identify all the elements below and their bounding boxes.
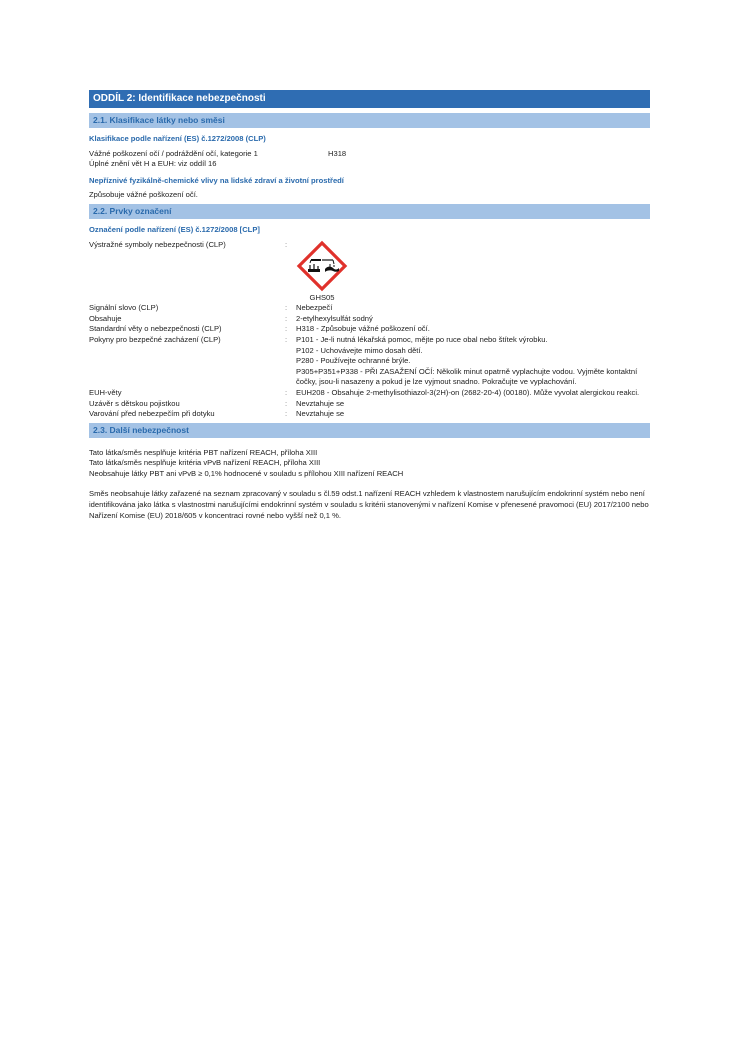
- labelling-label: Označení podle nařízení (ES) č.1272/2008…: [89, 225, 650, 236]
- label-row-key: Uzávěr s dětskou pojistkou: [89, 399, 285, 410]
- sds-section-2: ODDÍL 2: Identifikace nebezpečnosti 2.1.…: [89, 90, 650, 521]
- separator: :: [285, 399, 296, 410]
- label-row-key: Obsahuje: [89, 314, 285, 325]
- label-row-value: 2-etylhexylsulfát sodný: [296, 314, 650, 325]
- subsection-2-1-title: 2.1. Klasifikace látky nebo směsi: [89, 113, 650, 128]
- label-row-value: Nebezpečí: [296, 303, 650, 314]
- label-row: Uzávěr s dětskou pojistkou:Nevztahuje se: [89, 399, 650, 410]
- label-row-key: Pokyny pro bezpečné zacházení (CLP): [89, 335, 285, 346]
- label-row-key: Standardní věty o nebezpečnosti (CLP): [89, 324, 285, 335]
- label-row-value: Nevztahuje se: [296, 409, 650, 420]
- other-hazard-line: Tato látka/směs nesplňuje kritéria vPvB …: [89, 458, 650, 469]
- label-row-value: EUH208 - Obsahuje 2-methylisothiazol-3(2…: [296, 388, 650, 399]
- separator: [285, 367, 296, 388]
- full-text-note: Úplné znění vět H a EUH: viz oddíl 16: [89, 159, 650, 170]
- pictogram-row: Výstražné symboly nebezpečnosti (CLP) : …: [89, 240, 650, 304]
- label-row-key: [89, 356, 285, 367]
- classification-code: H318: [328, 149, 346, 160]
- label-row: Varování před nebezpečím při dotyku:Nevz…: [89, 409, 650, 420]
- clp-classification-label: Klasifikace podle nařízení (ES) č.1272/2…: [89, 134, 650, 145]
- separator: :: [285, 388, 296, 399]
- label-row-value: Nevztahuje se: [296, 399, 650, 410]
- subsection-2-2-title: 2.2. Prvky označení: [89, 204, 650, 219]
- label-row-value: P280 - Používejte ochranné brýle.: [296, 356, 650, 367]
- label-row-value: P305+P351+P338 - PŘI ZASAŽENÍ OČÍ: Někol…: [296, 367, 650, 388]
- separator: [285, 346, 296, 357]
- separator: :: [285, 314, 296, 325]
- separator: :: [285, 324, 296, 335]
- label-row: P305+P351+P338 - PŘI ZASAŽENÍ OČÍ: Někol…: [89, 367, 650, 388]
- pictogram-code: GHS05: [310, 293, 335, 304]
- label-row-value: P102 - Uchovávejte mimo dosah dětí.: [296, 346, 650, 357]
- separator: :: [285, 303, 296, 314]
- label-row-value: P101 - Je-li nutná lékařská pomoc, mějte…: [296, 335, 650, 346]
- section-title: ODDÍL 2: Identifikace nebezpečnosti: [89, 90, 650, 108]
- endocrine-paragraph: Směs neobsahuje látky zařazené na seznam…: [89, 489, 650, 521]
- other-hazard-line: Neobsahuje látky PBT ani vPvB ≥ 0,1% hod…: [89, 469, 650, 480]
- effects-text: Způsobuje vážné poškození očí.: [89, 190, 650, 201]
- label-row: P280 - Používejte ochranné brýle.: [89, 356, 650, 367]
- label-elements-list: Signální slovo (CLP):NebezpečíObsahuje:2…: [89, 303, 650, 420]
- label-row: Obsahuje:2-etylhexylsulfát sodný: [89, 314, 650, 325]
- label-row: Standardní věty o nebezpečnosti (CLP):H3…: [89, 324, 650, 335]
- label-row-value: H318 - Způsobuje vážné poškození očí.: [296, 324, 650, 335]
- other-hazards-list: Tato látka/směs nesplňuje kritéria PBT n…: [89, 448, 650, 480]
- subsection-2-3-title: 2.3. Další nebezpečnost: [89, 423, 650, 438]
- classification-text: Vážné poškození očí / podráždění očí, ka…: [89, 149, 328, 160]
- classification-row: Vážné poškození očí / podráždění očí, ka…: [89, 149, 650, 160]
- pictograms-key: Výstražné symboly nebezpečnosti (CLP): [89, 240, 285, 304]
- effects-label: Nepříznivé fyzikálně-chemické vlivy na l…: [89, 176, 650, 187]
- label-row-key: Signální slovo (CLP): [89, 303, 285, 314]
- label-row-key: [89, 367, 285, 388]
- other-hazard-line: Tato látka/směs nesplňuje kritéria PBT n…: [89, 448, 650, 459]
- label-row: P102 - Uchovávejte mimo dosah dětí.: [89, 346, 650, 357]
- pictogram: GHS05: [294, 240, 350, 304]
- label-row-key: [89, 346, 285, 357]
- separator: :: [285, 335, 296, 346]
- separator: [285, 356, 296, 367]
- label-row-key: Varování před nebezpečím při dotyku: [89, 409, 285, 420]
- label-row: EUH-věty:EUH208 - Obsahuje 2-methylisoth…: [89, 388, 650, 399]
- separator: :: [285, 409, 296, 420]
- label-row: Pokyny pro bezpečné zacházení (CLP):P101…: [89, 335, 650, 346]
- label-row: Signální slovo (CLP):Nebezpečí: [89, 303, 650, 314]
- ghs05-corrosion-icon: [296, 240, 348, 292]
- label-row-key: EUH-věty: [89, 388, 285, 399]
